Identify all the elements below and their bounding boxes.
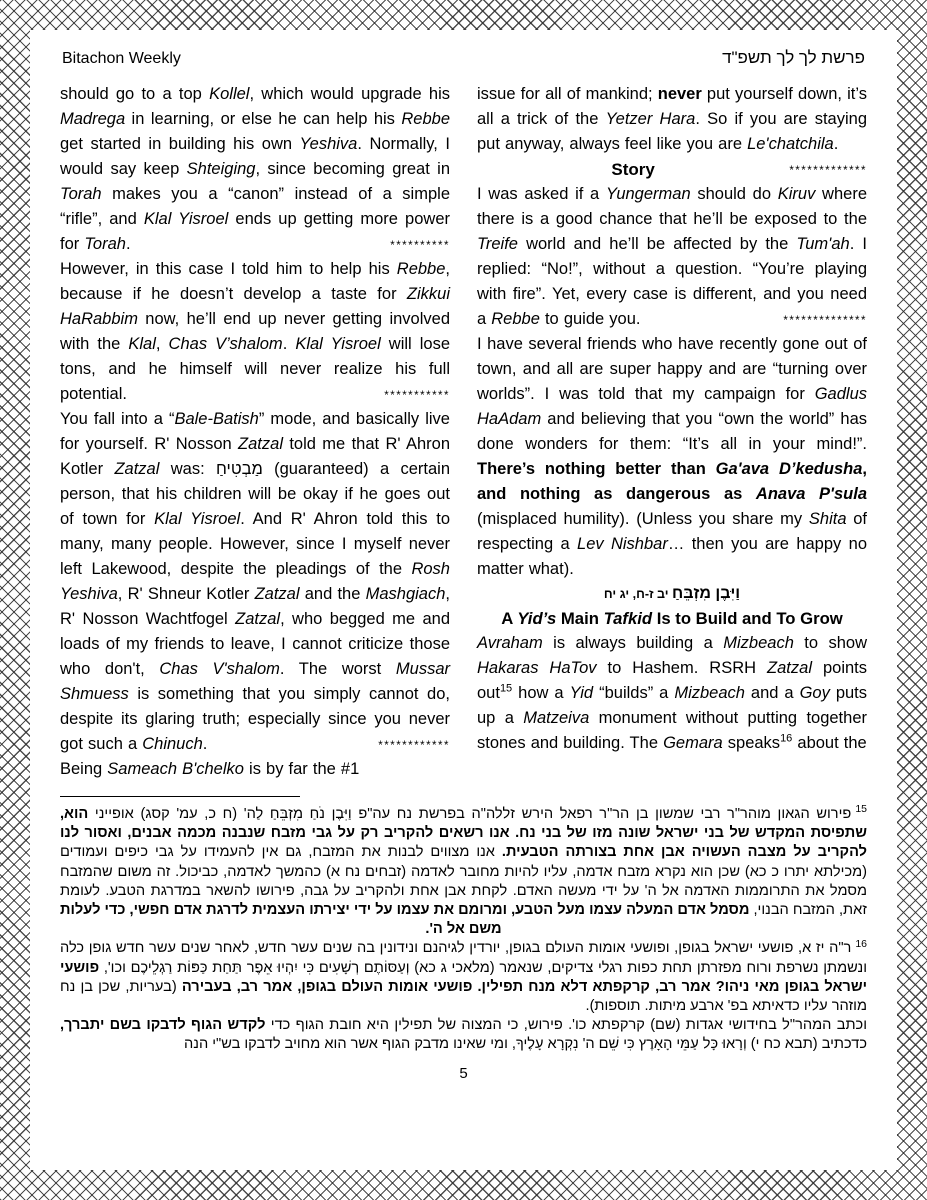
heading-hebrew: וַיִּבֶן מִזְבֵּחַ יב ז-ח, יג יח — [477, 582, 867, 606]
text-segment: and the — [300, 585, 366, 603]
text-segment: . — [126, 235, 131, 253]
page-border-frame: Bitachon Weekly פרשת לך לך תשפ"ד should … — [0, 0, 927, 1200]
text-segment: speaks — [723, 734, 780, 752]
text-segment: is by far the #1 — [244, 760, 359, 778]
text-segment: Rebbe — [397, 260, 446, 278]
page-content: Bitachon Weekly פרשת לך לך תשפ"ד should … — [30, 30, 897, 1170]
text-segment: , since becoming great in — [255, 160, 450, 178]
text-segment: was: — [159, 460, 216, 478]
text-segment: Tafkid — [604, 609, 653, 628]
right-column: issue for all of mankind; never put your… — [477, 82, 867, 782]
text-segment: Chas V'shalom — [159, 660, 280, 678]
text-segment: Yid’s — [517, 609, 556, 628]
footnote-ref: 16 — [780, 733, 792, 745]
asterisk-divider: ************** — [783, 316, 867, 327]
text-segment: and a — [745, 684, 800, 702]
text-segment: to guide you. — [540, 310, 641, 328]
text-segment: Treife — [477, 235, 518, 253]
paragraph: I was asked if a Yungerman should do Kir… — [477, 182, 867, 332]
text-segment: Main — [556, 609, 603, 628]
text-segment: Rebbe — [491, 310, 540, 328]
text-segment: מַבְטִיחַ — [216, 460, 263, 478]
heading-bold: A Yid’s Main Tafkid Is to Build and To G… — [477, 606, 867, 631]
text-segment: וכתב המהר"ל בחידושי אגדות (שם) קרקפתא כו… — [265, 1017, 867, 1033]
text-segment: Avraham — [477, 634, 543, 652]
text-segment: Klal Yisroel — [295, 335, 380, 353]
text-segment: Chinuch — [142, 735, 203, 753]
newsletter-title: Bitachon Weekly — [62, 50, 181, 68]
page-header: Bitachon Weekly פרשת לך לך תשפ"ד — [62, 48, 865, 68]
paragraph: issue for all of mankind; never put your… — [477, 82, 867, 157]
text-segment: . — [203, 735, 208, 753]
text-segment: ר"ה יז א, פושעי ישראל בגופן, ופושעי אומו… — [60, 940, 867, 975]
text-segment: Ga'ava D’kedusha — [716, 460, 863, 478]
text-segment: , R' Shneur Kotler — [118, 585, 255, 603]
text-segment: A — [501, 609, 517, 628]
text-segment: get started in building his own — [60, 135, 300, 153]
paragraph: I have several friends who have recently… — [477, 332, 867, 582]
text-segment: וַיִּבֶן מִזְבֵּחַ — [672, 585, 740, 602]
footnote-number: 15 — [855, 803, 867, 815]
text-segment: Hakaras HaTov — [477, 659, 597, 677]
paragraph: Being Sameach B'chelko is by far the #1 — [60, 757, 450, 782]
two-column-body: should go to a top Kollel, which would u… — [60, 82, 867, 782]
text-segment: Yid — [570, 684, 594, 702]
text-segment: should do — [691, 185, 778, 203]
asterisk-divider: ************* — [789, 166, 867, 177]
text-segment: Yeshiva — [300, 135, 358, 153]
asterisk-divider: *********** — [384, 391, 450, 402]
text-segment: Zatzal — [255, 585, 300, 603]
text-segment: (misplaced humility). (Unless you share … — [477, 510, 809, 528]
text-segment: Torah — [84, 235, 126, 253]
footnote: 16ר"ה יז א, פושעי ישראל בגופן, ופושעי או… — [60, 939, 867, 1016]
text-segment: . The worst — [280, 660, 396, 678]
text-segment: to show — [794, 634, 867, 652]
text-segment: issue for all of mankind; — [477, 85, 658, 103]
text-segment: כדכתיב (תבא כח י) וְרָאוּ כָּל עַמֵּי הָ… — [184, 1036, 867, 1052]
text-segment: . — [283, 335, 296, 353]
text-segment: Klal Yisroel — [144, 210, 228, 228]
text-segment: to Hashem. RSRH — [597, 659, 768, 677]
text-segment: Mizbeach — [723, 634, 794, 652]
text-segment: I have several friends who have recently… — [477, 335, 867, 403]
text-segment: , which would upgrade his — [249, 85, 450, 103]
text-segment: Madrega — [60, 110, 125, 128]
text-segment: Zatzal — [114, 460, 159, 478]
text-segment: Yungerman — [606, 185, 691, 203]
left-column: should go to a top Kollel, which would u… — [60, 82, 450, 782]
text-segment: יב ז-ח, יג יח — [604, 587, 672, 601]
page-number: 5 — [60, 1065, 867, 1082]
text-segment: Rebbe — [401, 110, 450, 128]
footnote-separator — [60, 796, 300, 797]
text-segment: Mashgiach — [366, 585, 446, 603]
text-segment: You fall into a “ — [60, 410, 174, 428]
text-segment: Story — [611, 160, 654, 179]
text-segment: Bale-Batish — [174, 410, 258, 428]
text-segment: about the — [792, 734, 866, 752]
text-segment: מסמל אדם המעלה עצמו מעל הטבע, ומרומם את … — [60, 902, 749, 937]
paragraph: Avraham is always building a Mizbeach to… — [477, 631, 867, 756]
paragraph: should go to a top Kollel, which would u… — [60, 82, 450, 257]
text-segment: There’s nothing better than — [477, 460, 716, 478]
text-segment: Goy — [800, 684, 830, 702]
text-segment: Shteiging — [187, 160, 256, 178]
paragraph: You fall into a “Bale-Batish” mode, and … — [60, 407, 450, 757]
paragraph: However, in this case I told him to help… — [60, 257, 450, 407]
text-segment: is always building a — [543, 634, 724, 652]
text-segment: Zatzal — [767, 659, 812, 677]
text-segment: פירוש הגאון מוהר"ר רבי שמשון בן הר"ר רפא… — [88, 806, 851, 822]
asterisk-divider: ************ — [378, 741, 450, 752]
text-segment: never — [658, 85, 702, 103]
text-segment: world and he’ll be affected by the — [518, 235, 796, 253]
text-segment: Gemara — [663, 734, 723, 752]
text-segment: Torah — [60, 185, 102, 203]
parsha-title: פרשת לך לך תשפ"ד — [722, 48, 865, 68]
text-segment: לקדש הגוף לדבקו בשם יתברך, — [60, 1017, 265, 1033]
footnote: וכתב המהר"ל בחידושי אגדות (שם) קרקפתא כו… — [60, 1016, 867, 1054]
text-segment: Matzeiva — [523, 709, 589, 727]
text-segment: I was asked if a — [477, 185, 606, 203]
footnote-number: 16 — [855, 938, 867, 950]
text-segment: Being — [60, 760, 107, 778]
text-segment: in learning, or else he can help his — [125, 110, 401, 128]
text-segment: Anava P'sula — [756, 485, 867, 503]
text-segment: Zatzal — [235, 610, 280, 628]
text-segment: Mizbeach — [674, 684, 745, 702]
text-segment: Chas V’shalom — [169, 335, 283, 353]
text-segment: Klal — [128, 335, 156, 353]
text-segment: Is to Build and To Grow — [652, 609, 843, 628]
footnote-ref: 15 — [500, 683, 512, 695]
text-segment: “builds” a — [593, 684, 674, 702]
text-segment: Zatzal — [238, 435, 283, 453]
text-segment: Sameach B'chelko — [107, 760, 244, 778]
text-segment: Le'chatchila — [747, 135, 834, 153]
text-segment: Shita — [809, 510, 847, 528]
text-segment: However, in this case I told him to help… — [60, 260, 397, 278]
text-segment: Kollel — [209, 85, 249, 103]
text-segment: . — [834, 135, 839, 153]
asterisk-divider: ********** — [390, 241, 450, 252]
footnotes-section: 15פירוש הגאון מוהר"ר רבי שמשון בן הר"ר ר… — [60, 805, 867, 1055]
text-segment: Tum'ah — [796, 235, 849, 253]
text-segment: how a — [512, 684, 569, 702]
text-segment: , — [156, 335, 169, 353]
text-segment: Yetzer Hara — [606, 110, 696, 128]
footnote: 15פירוש הגאון מוהר"ר רבי שמשון בן הר"ר ר… — [60, 805, 867, 939]
text-segment: should go to a top — [60, 85, 209, 103]
text-segment: Klal Yisroel — [154, 510, 240, 528]
text-segment: Kiruv — [778, 185, 816, 203]
text-segment: Lev Nishbar — [577, 535, 668, 553]
